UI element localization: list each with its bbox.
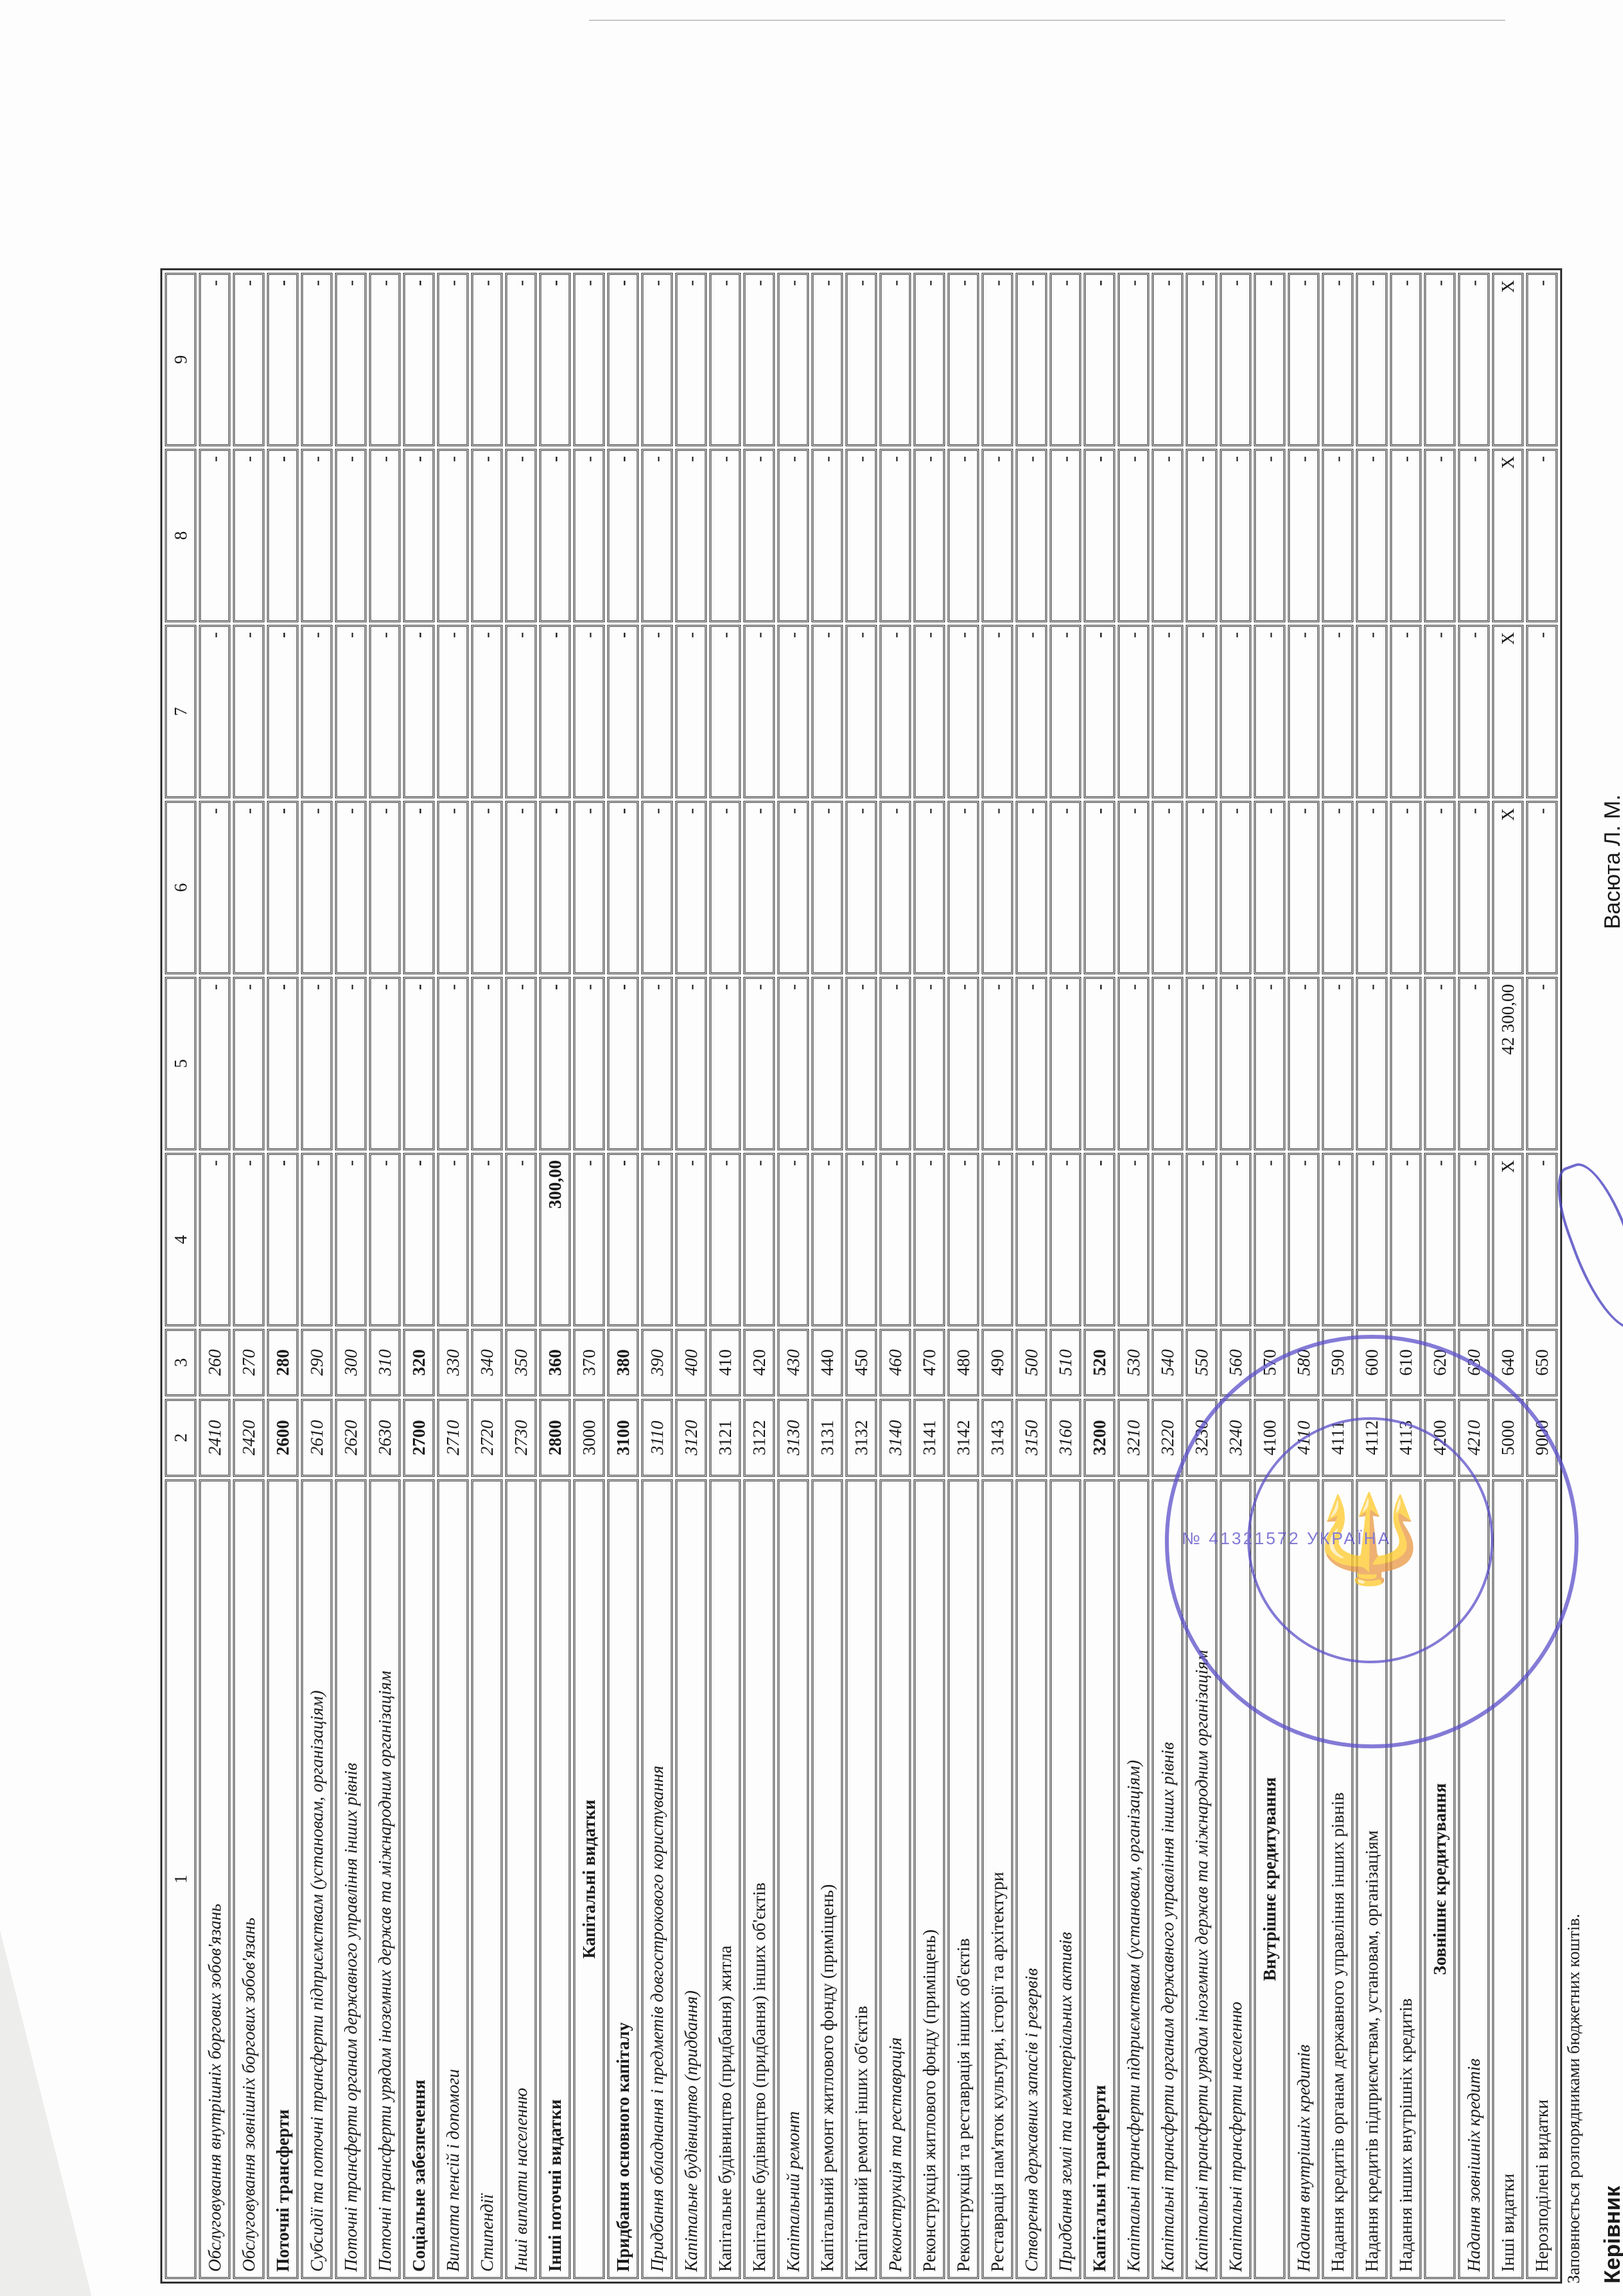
head-title: Керівник (1600, 2186, 1623, 2284)
row-code: 350 (505, 1329, 537, 1396)
table-row: Капітальне будівництво (придбання) інших… (743, 273, 775, 2279)
value-cell-c5: - (1322, 977, 1353, 1150)
value-cell-c5: - (1220, 977, 1251, 1150)
kekv-code: 3140 (880, 1399, 911, 1477)
table-row: Реконструкція житлового фонду (приміщень… (914, 273, 945, 2279)
value-cell-c4: - (641, 1153, 673, 1326)
value-cell-c9: - (777, 273, 809, 446)
value-cell-c4: - (471, 1153, 503, 1326)
value-cell-c7: - (641, 625, 673, 798)
value-cell-c7: - (914, 625, 945, 798)
value-cell-c9: - (573, 273, 605, 446)
footnote: Заповнюється розпорядниками бюджетних ко… (1564, 1914, 1584, 2284)
value-cell-c7: - (607, 625, 639, 798)
row-code: 310 (369, 1329, 401, 1396)
row-code: 490 (982, 1329, 1013, 1396)
row-label: Капітальний ремонт (777, 1479, 809, 2279)
value-cell-c4: - (1254, 1153, 1285, 1326)
kekv-code: 2620 (335, 1399, 366, 1477)
row-code: 290 (301, 1329, 332, 1396)
value-cell-c4: - (369, 1153, 401, 1326)
row-code: 430 (777, 1329, 809, 1396)
value-cell-c6: - (675, 801, 707, 974)
kekv-code: 3121 (709, 1399, 741, 1477)
table-row: Придбання землі та нематеріальних активі… (1050, 273, 1081, 2279)
table-row: Капітальні трансферти урядам іноземних д… (1186, 273, 1217, 2279)
value-cell-c7: - (437, 625, 469, 798)
value-cell-c8: - (641, 449, 673, 622)
column-header-6: 6 (165, 801, 196, 974)
value-cell-c7: - (811, 625, 843, 798)
value-cell-c8: - (1288, 449, 1319, 622)
table-row: Поточні трансферти2600280------ (267, 273, 298, 2279)
value-cell-c8: - (1050, 449, 1081, 622)
value-cell-c6: - (471, 801, 503, 974)
kekv-code: 3122 (743, 1399, 775, 1477)
table-row: Внутрішнє кредитування4100570------ (1254, 273, 1285, 2279)
value-cell-c4: - (607, 1153, 639, 1326)
table-row: Надання інших внутрішніх кредитів4113610… (1390, 273, 1421, 2279)
value-cell-c5: - (573, 977, 605, 1150)
value-cell-c8: - (1458, 449, 1489, 622)
table-row: Капітальні видатки3000370------ (573, 273, 605, 2279)
value-cell-c9: - (914, 273, 945, 446)
value-cell-c4: - (743, 1153, 775, 1326)
value-cell-c4: - (267, 1153, 298, 1326)
value-cell-c8: - (1152, 449, 1183, 622)
value-cell-c5: - (539, 977, 571, 1150)
kekv-code: 2710 (437, 1399, 469, 1477)
value-cell-c7: - (948, 625, 979, 798)
value-cell-c4: - (1186, 1153, 1217, 1326)
table-row: Виплата пенсій і допомоги2710330------ (437, 273, 469, 2279)
row-label: Стипендії (471, 1479, 503, 2279)
value-cell-c6: - (1424, 801, 1455, 974)
value-cell-c4: - (1118, 1153, 1149, 1326)
value-cell-c9: - (948, 273, 979, 446)
value-cell-c6: - (880, 801, 911, 974)
value-cell-c9: - (335, 273, 366, 446)
kekv-code: 2700 (403, 1399, 435, 1477)
row-code: 380 (607, 1329, 639, 1396)
value-cell-c8: - (369, 449, 401, 622)
row-label: Капітальний ремонт житлового фонду (прим… (811, 1479, 843, 2279)
value-cell-c6: - (1084, 801, 1115, 974)
value-cell-c8: - (1526, 449, 1558, 622)
value-cell-c7: - (1254, 625, 1285, 798)
value-cell-c9: - (846, 273, 877, 446)
row-code: 340 (471, 1329, 503, 1396)
value-cell-c7: - (1016, 625, 1047, 798)
value-cell-c5: - (709, 977, 741, 1150)
value-cell-c5: - (1356, 977, 1387, 1150)
row-label: Придбання основного капіталу (607, 1479, 639, 2279)
value-cell-c4: - (403, 1153, 435, 1326)
value-cell-c7: - (1356, 625, 1387, 798)
value-cell-c9: - (539, 273, 571, 446)
column-header-2: 2 (165, 1399, 196, 1477)
value-cell-c4: - (1288, 1153, 1319, 1326)
value-cell-c5: - (880, 977, 911, 1150)
value-cell-c7: - (539, 625, 571, 798)
kekv-code: 2420 (233, 1399, 264, 1477)
value-cell-c5: - (982, 977, 1013, 1150)
value-cell-c9: - (301, 273, 332, 446)
kekv-code: 2720 (471, 1399, 503, 1477)
row-label: Створення державних запасів і резервів (1016, 1479, 1047, 2279)
value-cell-c7: - (777, 625, 809, 798)
value-cell-c7: - (846, 625, 877, 798)
row-code: 420 (743, 1329, 775, 1396)
column-header-7: 7 (165, 625, 196, 798)
value-cell-c4: - (1220, 1153, 1251, 1326)
row-label: Капітальні трансферти підприємствам (уст… (1118, 1479, 1149, 2279)
value-cell-c4: X (1492, 1153, 1524, 1326)
value-cell-c9: - (1016, 273, 1047, 446)
value-cell-c8: - (948, 449, 979, 622)
value-cell-c5: - (1186, 977, 1217, 1150)
value-cell-c7: - (403, 625, 435, 798)
table-row: Реконструкція та реставрація3140460-----… (880, 273, 911, 2279)
value-cell-c6: - (1186, 801, 1217, 974)
row-label: Капітальний ремонт інших об'єктів (846, 1479, 877, 2279)
value-cell-c9: - (471, 273, 503, 446)
value-cell-c5: - (743, 977, 775, 1150)
value-cell-c9: X (1492, 273, 1524, 446)
row-label: Субсидії та поточні трансферти підприємс… (301, 1479, 332, 2279)
value-cell-c7: - (1084, 625, 1115, 798)
value-cell-c8: - (743, 449, 775, 622)
value-cell-c9: - (233, 273, 264, 446)
value-cell-c6: - (982, 801, 1013, 974)
value-cell-c7: - (267, 625, 298, 798)
value-cell-c4: - (948, 1153, 979, 1326)
kekv-code: 3150 (1016, 1399, 1047, 1477)
row-code: 500 (1016, 1329, 1047, 1396)
value-cell-c5: - (641, 977, 673, 1150)
row-code: 520 (1084, 1329, 1115, 1396)
value-cell-c6: - (743, 801, 775, 974)
value-cell-c8: - (709, 449, 741, 622)
value-cell-c7: - (1152, 625, 1183, 798)
kekv-code: 3141 (914, 1399, 945, 1477)
row-code: 510 (1050, 1329, 1081, 1396)
value-cell-c6: - (948, 801, 979, 974)
value-cell-c9: - (607, 273, 639, 446)
value-cell-c9: - (880, 273, 911, 446)
value-cell-c9: - (1084, 273, 1115, 446)
value-cell-c7: - (1118, 625, 1149, 798)
row-label: Реконструкція житлового фонду (приміщень… (914, 1479, 945, 2279)
value-cell-c8: - (1186, 449, 1217, 622)
value-cell-c7: - (1322, 625, 1353, 798)
value-cell-c6: - (641, 801, 673, 974)
value-cell-c4: - (199, 1153, 230, 1326)
value-cell-c5: - (777, 977, 809, 1150)
expenditure-table: 123456789 Обслуговування внутрішніх борг… (160, 268, 1562, 2284)
row-code: 470 (914, 1329, 945, 1396)
value-cell-c8: - (777, 449, 809, 622)
value-cell-c8: - (982, 449, 1013, 622)
kekv-code: 2600 (267, 1399, 298, 1477)
row-label: Капітальне будівництво (придбання) житла (709, 1479, 741, 2279)
table-row: Нерозподілені видатки9000650------ (1526, 273, 1558, 2279)
value-cell-c6: - (267, 801, 298, 974)
table-row: Соціальне забезпечення2700320------ (403, 273, 435, 2279)
table-row: Придбання обладнання і предметів довгост… (641, 273, 673, 2279)
value-cell-c8: - (1084, 449, 1115, 622)
value-cell-c8: - (607, 449, 639, 622)
value-cell-c9: - (267, 273, 298, 446)
column-header-3: 3 (165, 1329, 196, 1396)
table-row: Капітальне будівництво (придбання)312040… (675, 273, 707, 2279)
value-cell-c5: - (437, 977, 469, 1150)
value-cell-c9: - (743, 273, 775, 446)
value-cell-c4: - (233, 1153, 264, 1326)
row-code: 270 (233, 1329, 264, 1396)
value-cell-c9: - (1254, 273, 1285, 446)
value-cell-c7: - (301, 625, 332, 798)
kekv-code: 2410 (199, 1399, 230, 1477)
value-cell-c7: - (369, 625, 401, 798)
value-cell-c4: - (1424, 1153, 1455, 1326)
column-header-1: 1 (165, 1479, 196, 2279)
value-cell-c8: - (471, 449, 503, 622)
row-code: 410 (709, 1329, 741, 1396)
value-cell-c6: - (1288, 801, 1319, 974)
row-code: 440 (811, 1329, 843, 1396)
value-cell-c9: - (1186, 273, 1217, 446)
value-cell-c5: - (1526, 977, 1558, 1150)
value-cell-c5: - (914, 977, 945, 1150)
value-cell-c7: - (1526, 625, 1558, 798)
value-cell-c4: - (777, 1153, 809, 1326)
kekv-code: 3160 (1050, 1399, 1081, 1477)
value-cell-c5: - (301, 977, 332, 1150)
value-cell-c9: - (811, 273, 843, 446)
table-row: Реконструкція та реставрація інших об'єк… (948, 273, 979, 2279)
kekv-code: 3131 (811, 1399, 843, 1477)
value-cell-c8: - (675, 449, 707, 622)
value-cell-c8: - (1390, 449, 1421, 622)
column-header-9: 9 (165, 273, 196, 446)
row-label: Реставрація пам'яток культури, історії т… (982, 1479, 1013, 2279)
value-cell-c9: - (709, 273, 741, 446)
table-row: Обслуговування зовнішніх боргових зобов'… (233, 273, 264, 2279)
value-cell-c4: - (1050, 1153, 1081, 1326)
value-cell-c4: - (982, 1153, 1013, 1326)
kekv-code: 2800 (539, 1399, 571, 1477)
value-cell-c6: - (1526, 801, 1558, 974)
value-cell-c8: - (1220, 449, 1251, 622)
value-cell-c7: - (199, 625, 230, 798)
value-cell-c6: - (301, 801, 332, 974)
value-cell-c4: 300,00 (539, 1153, 571, 1326)
row-label: Поточні трансферти (267, 1479, 298, 2279)
value-cell-c9: - (641, 273, 673, 446)
value-cell-c7: X (1492, 625, 1524, 798)
value-cell-c4: - (1152, 1153, 1183, 1326)
value-cell-c7: - (471, 625, 503, 798)
value-cell-c6: - (539, 801, 571, 974)
value-cell-c9: - (1152, 273, 1183, 446)
value-cell-c6: - (369, 801, 401, 974)
value-cell-c9: - (982, 273, 1013, 446)
value-cell-c6: - (505, 801, 537, 974)
value-cell-c9: - (369, 273, 401, 446)
kekv-code: 3200 (1084, 1399, 1115, 1477)
row-code: 330 (437, 1329, 469, 1396)
value-cell-c7: - (675, 625, 707, 798)
table-row: Капітальний ремонт житлового фонду (прим… (811, 273, 843, 2279)
kekv-code: 3110 (641, 1399, 673, 1477)
row-code: 390 (641, 1329, 673, 1396)
value-cell-c5: - (233, 977, 264, 1150)
value-cell-c6: - (914, 801, 945, 974)
value-cell-c5: - (675, 977, 707, 1150)
row-label: Обслуговування внутрішніх боргових зобов… (199, 1479, 230, 2279)
value-cell-c9: - (1424, 273, 1455, 446)
value-cell-c9: - (437, 273, 469, 446)
table-row: Надання кредитів підприємствам, установа… (1356, 273, 1387, 2279)
row-label: Обслуговування зовнішніх боргових зобов'… (233, 1479, 264, 2279)
value-cell-c9: - (199, 273, 230, 446)
value-cell-c4: - (811, 1153, 843, 1326)
row-label: Капітальне будівництво (придбання) (675, 1479, 707, 2279)
value-cell-c4: - (1016, 1153, 1047, 1326)
row-label: Поточні трансферти органам державного уп… (335, 1479, 366, 2279)
scan-edge-line (589, 20, 1505, 21)
folded-corner (0, 1930, 92, 2296)
value-cell-c6: - (709, 801, 741, 974)
value-cell-c6: - (1220, 801, 1251, 974)
value-cell-c6: - (199, 801, 230, 974)
value-cell-c8: - (437, 449, 469, 622)
value-cell-c8: - (403, 449, 435, 622)
row-code: 550 (1186, 1329, 1217, 1396)
value-cell-c8: - (301, 449, 332, 622)
kekv-code: 3120 (675, 1399, 707, 1477)
value-cell-c4: - (675, 1153, 707, 1326)
value-cell-c8: - (199, 449, 230, 622)
value-cell-c6: - (846, 801, 877, 974)
table-row: Стипендії2720340------ (471, 273, 503, 2279)
value-cell-c5: - (607, 977, 639, 1150)
value-cell-c7: - (1186, 625, 1217, 798)
row-label: Капітальні видатки (573, 1479, 605, 2279)
value-cell-c8: - (914, 449, 945, 622)
value-cell-c4: - (1526, 1153, 1558, 1326)
value-cell-c9: - (1526, 273, 1558, 446)
table-row: Капітальне будівництво (придбання) житла… (709, 273, 741, 2279)
value-cell-c8: - (1118, 449, 1149, 622)
table-row: Інші видатки5000640X42 300,00XXXX (1492, 273, 1524, 2279)
value-cell-c9: - (675, 273, 707, 446)
value-cell-c6: - (1050, 801, 1081, 974)
value-cell-c6: - (811, 801, 843, 974)
value-cell-c6: - (437, 801, 469, 974)
value-cell-c6: - (777, 801, 809, 974)
column-header-4: 4 (165, 1153, 196, 1326)
table-row: Реставрація пам'яток культури, історії т… (982, 273, 1013, 2279)
value-cell-c7: - (505, 625, 537, 798)
column-number-row: 123456789 (165, 273, 196, 2279)
row-code: 400 (675, 1329, 707, 1396)
value-cell-c4: - (335, 1153, 366, 1326)
value-cell-c6: X (1492, 801, 1524, 974)
value-cell-c7: - (743, 625, 775, 798)
value-cell-c7: - (335, 625, 366, 798)
value-cell-c8: - (1016, 449, 1047, 622)
value-cell-c8: X (1492, 449, 1524, 622)
value-cell-c4: - (1322, 1153, 1353, 1326)
value-cell-c7: - (1424, 625, 1455, 798)
table-row: Капітальні трансферти підприємствам (уст… (1118, 273, 1149, 2279)
value-cell-c6: - (1152, 801, 1183, 974)
value-cell-c6: - (403, 801, 435, 974)
value-cell-c7: - (1050, 625, 1081, 798)
value-cell-c6: - (1356, 801, 1387, 974)
kekv-code: 3143 (982, 1399, 1013, 1477)
value-cell-c5: - (369, 977, 401, 1150)
value-cell-c6: - (573, 801, 605, 974)
row-label: Капітальне будівництво (придбання) інших… (743, 1479, 775, 2279)
row-code: 540 (1152, 1329, 1183, 1396)
value-cell-c8: - (573, 449, 605, 622)
value-cell-c7: - (709, 625, 741, 798)
value-cell-c7: - (1458, 625, 1489, 798)
row-label: Виплата пенсій і допомоги (437, 1479, 469, 2279)
kekv-code: 3100 (607, 1399, 639, 1477)
value-cell-c4: - (1084, 1153, 1115, 1326)
value-cell-c6: - (233, 801, 264, 974)
table-row: Капітальний ремонт інших об'єктів3132450… (846, 273, 877, 2279)
value-cell-c9: - (1356, 273, 1387, 446)
value-cell-c4: - (1356, 1153, 1387, 1326)
official-stamp: 🔱 № 41321572 УКРАЇНА (1165, 1335, 1578, 1748)
value-cell-c4: - (846, 1153, 877, 1326)
table-row: Створення державних запасів і резервів31… (1016, 273, 1047, 2279)
value-cell-c5: - (335, 977, 366, 1150)
row-label: Придбання обладнання і предметів довгост… (641, 1479, 673, 2279)
value-cell-c6: - (1458, 801, 1489, 974)
row-code: 650 (1526, 1329, 1558, 1396)
value-cell-c7: - (982, 625, 1013, 798)
value-cell-c6: - (1254, 801, 1285, 974)
value-cell-c8: - (505, 449, 537, 622)
value-cell-c5: - (1424, 977, 1455, 1150)
head-name: Васюта Л. М. (1600, 794, 1623, 929)
row-code: 450 (846, 1329, 877, 1396)
table-row: Інші поточні видатки2800360300,00----- (539, 273, 571, 2279)
value-cell-c8: - (1322, 449, 1353, 622)
value-cell-c8: - (1424, 449, 1455, 622)
table-row: Капітальні трансферти органам державного… (1152, 273, 1183, 2279)
row-code: 320 (403, 1329, 435, 1396)
row-label: Поточні трансферти урядам іноземних держ… (369, 1479, 401, 2279)
kekv-code: 3142 (948, 1399, 979, 1477)
value-cell-c4: - (1390, 1153, 1421, 1326)
table-row: Капітальні трансферти3200520------ (1084, 273, 1115, 2279)
stamp-number: № 41321572 УКРАЇНА (1182, 1528, 1391, 1549)
value-cell-c5: - (1016, 977, 1047, 1150)
value-cell-c7: - (233, 625, 264, 798)
value-cell-c5: - (1390, 977, 1421, 1150)
kekv-code: 3132 (846, 1399, 877, 1477)
rotated-form-page: 123456789 Обслуговування внутрішніх борг… (160, 255, 1600, 2284)
table-row: Обслуговування внутрішніх боргових зобов… (199, 273, 230, 2279)
value-cell-c8: - (267, 449, 298, 622)
